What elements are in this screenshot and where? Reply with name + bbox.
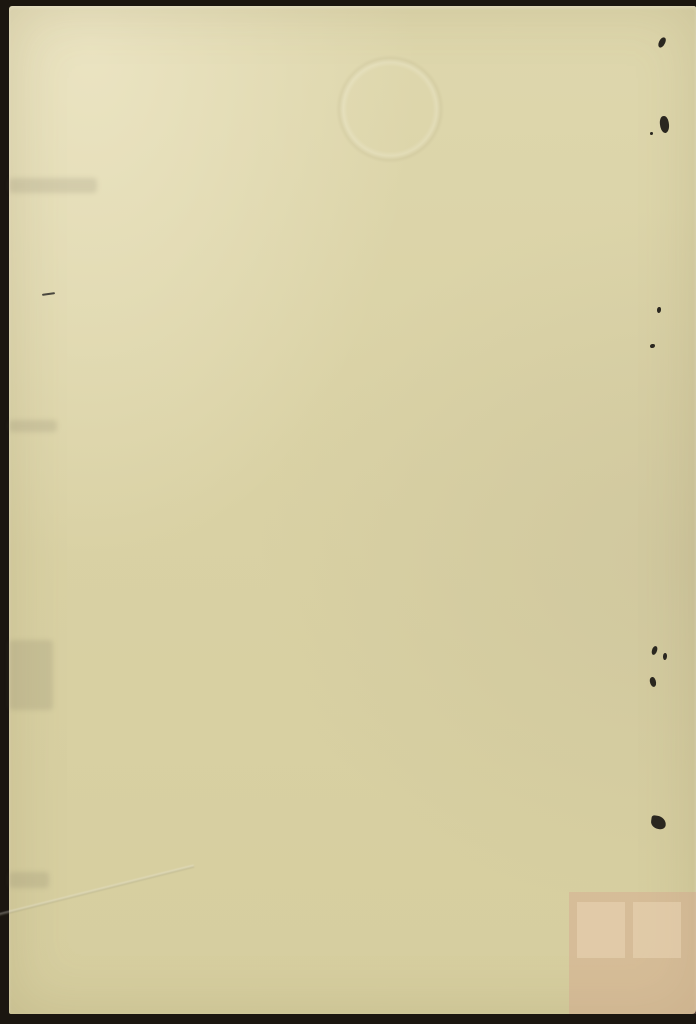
embossed-seal [331,48,449,170]
ink-speck [650,132,653,135]
stamp-letter-a [577,902,625,958]
ink-speck [657,307,661,313]
ink-speck [663,653,667,660]
ink-speck [659,115,671,133]
ink-speck [650,815,667,830]
paper-smudge [9,178,97,193]
document-paper [9,6,696,1014]
archive-stamp [569,892,696,1014]
paper-smudge [9,872,49,888]
ink-speck [649,676,658,687]
ink-speck [650,344,655,348]
handwritten-dash [42,292,55,296]
stamp-letter-e [633,902,681,958]
ink-speck [657,36,667,48]
paper-smudge [9,640,53,710]
scanned-document [0,0,696,1024]
ink-speck [651,646,658,656]
paper-smudge [9,420,57,432]
